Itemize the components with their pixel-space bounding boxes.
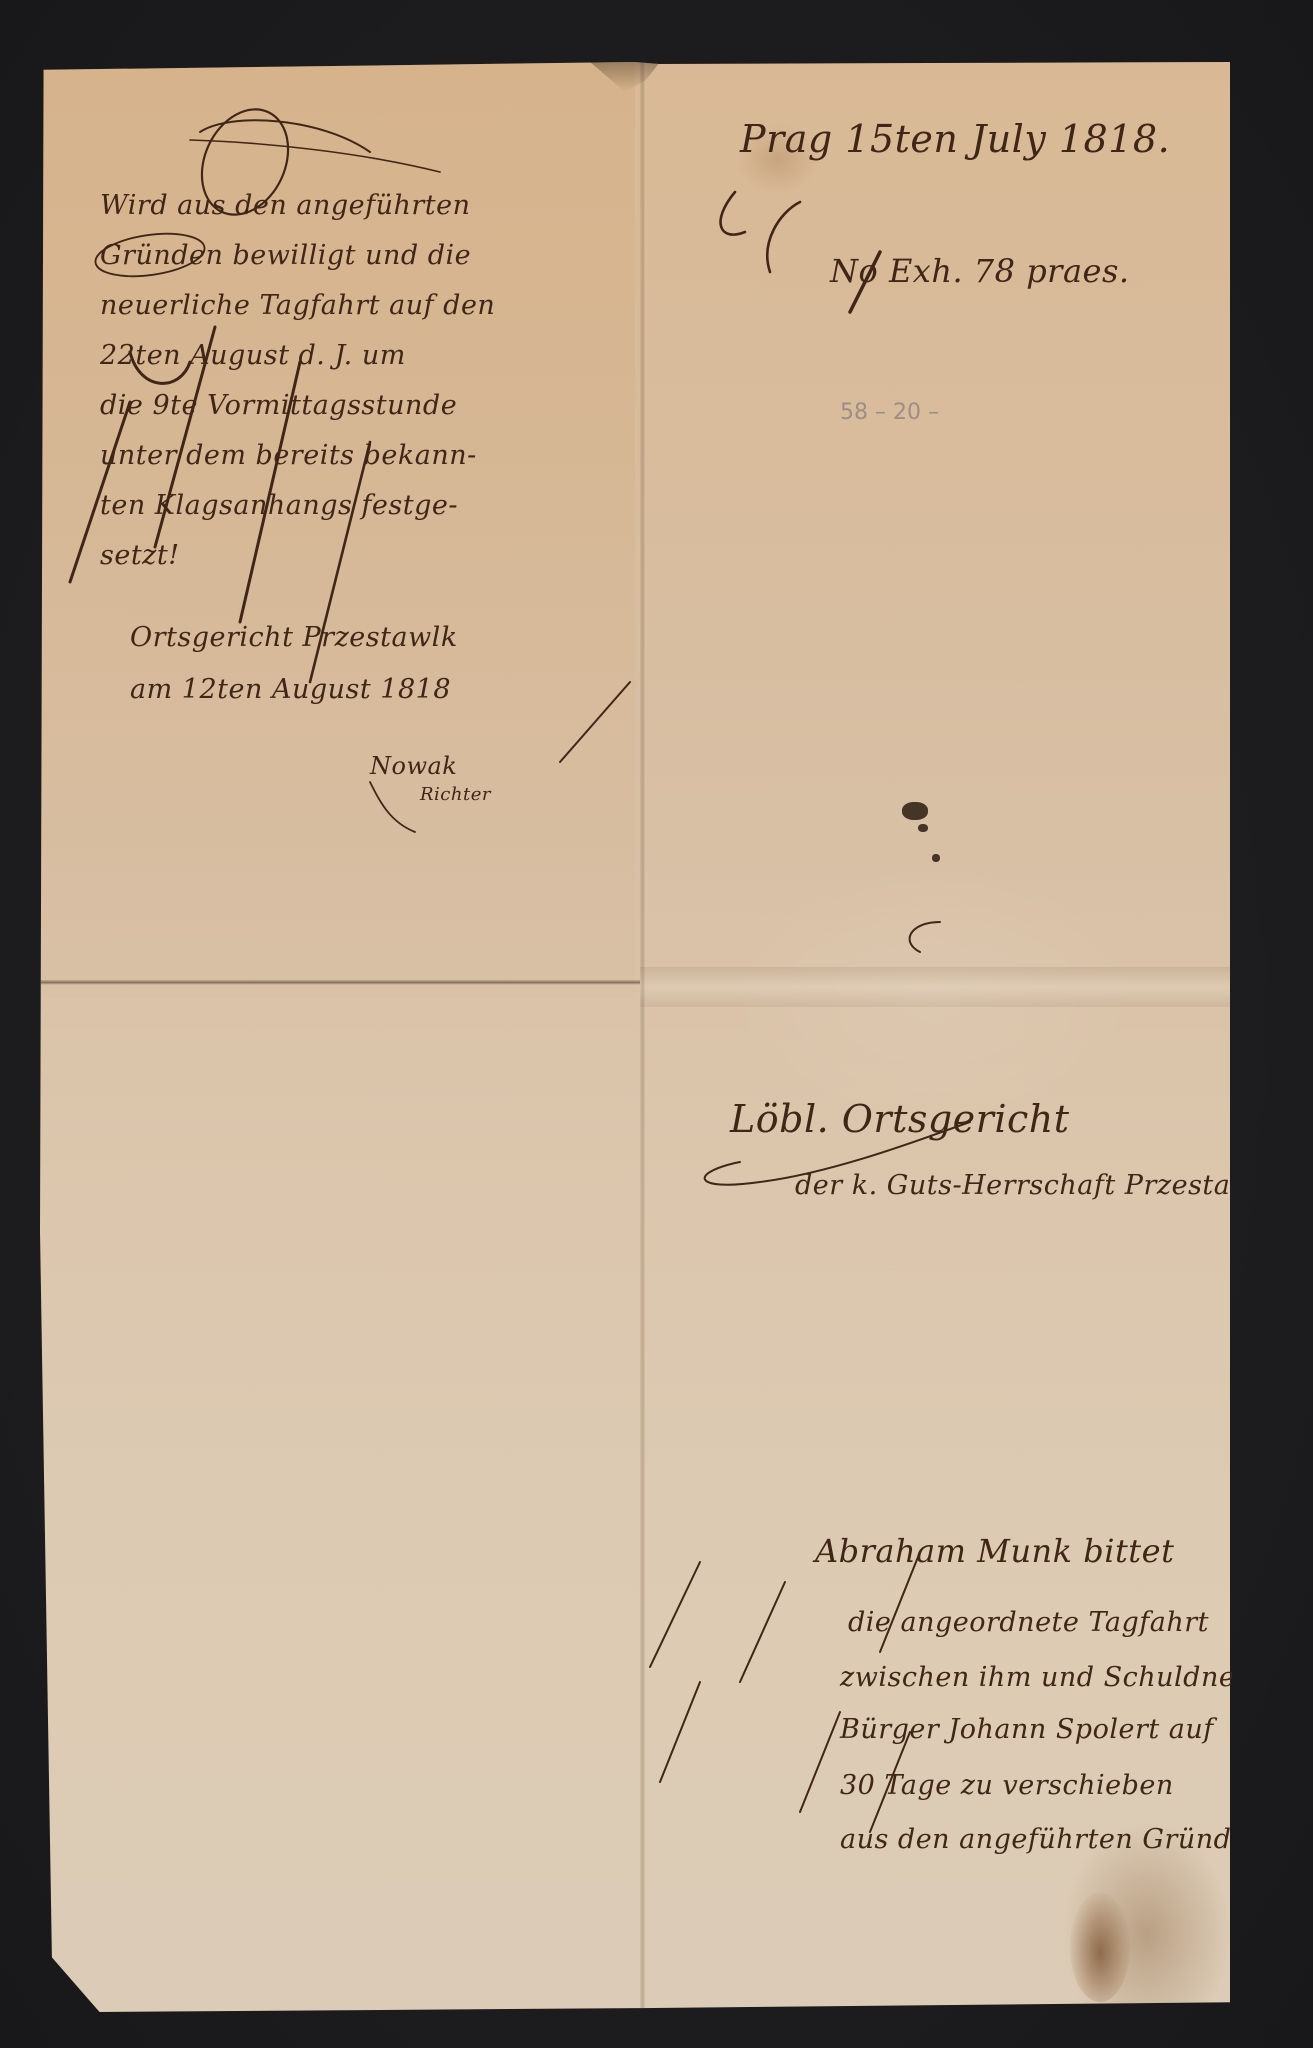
request-line: Bürger Johann Spolert auf <box>840 1714 1214 1745</box>
left-text-line: 22ten August d. J. um <box>100 340 406 371</box>
ink-blot <box>902 802 928 820</box>
closing-date: am 12ten August 1818 <box>130 674 451 705</box>
water-stain <box>1070 1892 1130 2002</box>
header-date: Prag 15ten July 1818. <box>740 117 1170 161</box>
left-text-line: Wird aus den angeführten <box>100 190 471 221</box>
left-text-line: setzt! <box>100 540 180 571</box>
request-line: die angeordnete Tagfahrt <box>848 1607 1209 1638</box>
ink-blot <box>932 854 940 862</box>
left-text-line: die 9te Vormittagsstunde <box>100 390 457 421</box>
vertical-fold-line <box>640 62 646 2012</box>
left-text-line: neuerliche Tagfahrt auf den <box>100 290 495 321</box>
ink-blot <box>918 824 928 832</box>
document-sheet: Wird aus den angeführten Gründen bewilli… <box>40 62 1230 2012</box>
horizontal-fold-crease-left <box>40 980 640 985</box>
left-text-line: ten Klagsanhangs festge- <box>100 490 458 521</box>
signature-title: Richter <box>420 784 491 805</box>
closing-place: Ortsgericht Przestawlk <box>130 622 458 653</box>
horizontal-fold-crease-right <box>640 967 1230 1007</box>
pencil-annotation: 58 – 20 – <box>840 400 939 425</box>
address-line: Löbl. Ortsgericht <box>730 1097 1070 1141</box>
left-text-line: Gründen bewilligt und die <box>100 240 471 271</box>
left-text-line: unter dem bereits bekann- <box>100 440 477 471</box>
exhibit-reference: No Exh. 78 praes. <box>830 252 1130 290</box>
request-line: 30 Tage zu verschieben <box>840 1770 1174 1801</box>
signature: Nowak <box>370 752 457 780</box>
address-line: der k. Guts-Herrschaft Przestawlk <box>795 1170 1280 1201</box>
request-line: zwischen ihm und Schuldner <box>840 1662 1249 1693</box>
request-line: aus den angeführten Gründen <box>840 1824 1266 1855</box>
request-line: Abraham Munk bittet <box>815 1532 1174 1570</box>
